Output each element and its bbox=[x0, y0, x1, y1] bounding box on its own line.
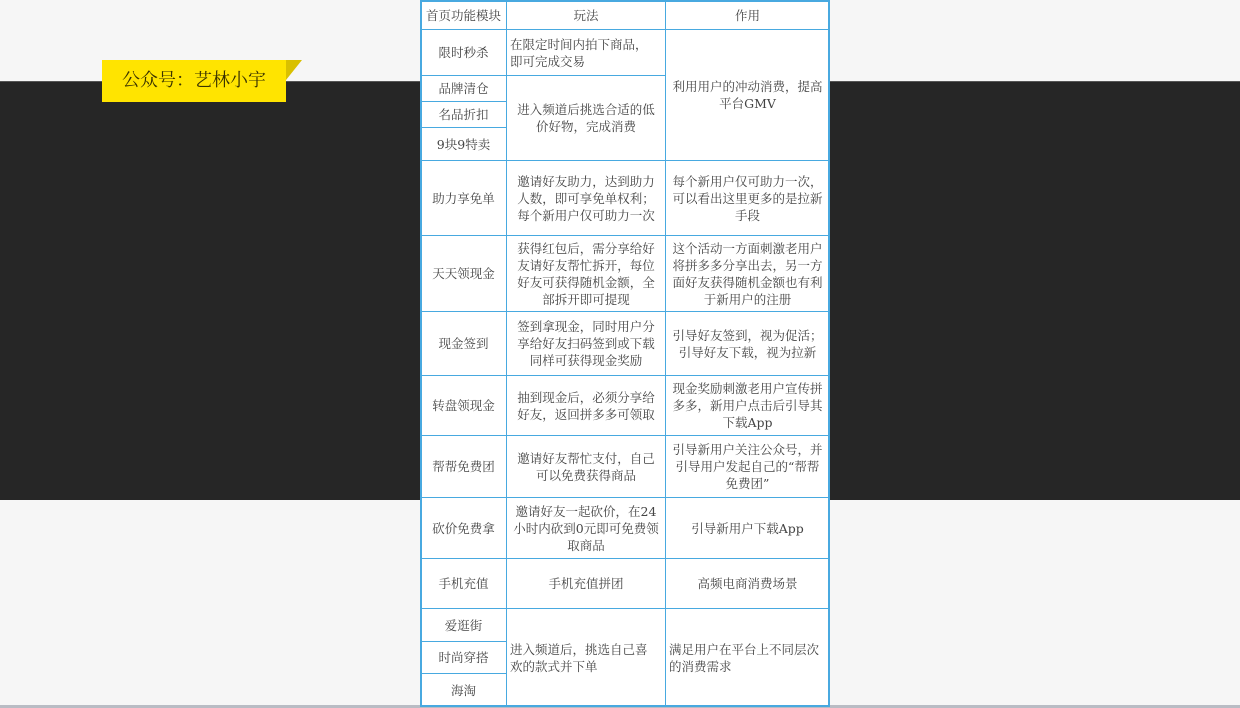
row-effect-merged: 利用用户的冲动消费，提高 平台GMV bbox=[665, 29, 830, 161]
row-module: 手机充值 bbox=[420, 558, 507, 609]
row-effect: 引导新用户关注公众号，并 引导用户发起自己的“帮帮 免费团” bbox=[665, 435, 830, 498]
row-module: 帮帮免费团 bbox=[420, 435, 507, 498]
row-play-merged: 进入频道后，挑选自己喜 欢的款式并下单 bbox=[506, 608, 666, 707]
header-effect: 作用 bbox=[665, 0, 830, 30]
row-module: 海淘 bbox=[420, 673, 507, 707]
row-effect: 引导好友签到，视为促活； 引导好友下载，视为拉新 bbox=[665, 311, 830, 376]
row-module: 砍价免费拿 bbox=[420, 497, 507, 559]
row-module: 9块9特卖 bbox=[420, 127, 507, 161]
row-effect: 现金奖励刺激老用户宣传拼 多多，新用户点击后引导其 下载App bbox=[665, 375, 830, 436]
row-play: 邀请好友助力，达到助力 人数，即可享免单权利； 每个新用户仅可助力一次 bbox=[506, 160, 666, 236]
feature-module-table: 首页功能模块 玩法 作用 限时秒杀 在限定时间内拍下商品， 即可完成交易 利用用… bbox=[420, 0, 830, 707]
row-module: 限时秒杀 bbox=[420, 29, 507, 76]
row-effect: 引导新用户下载App bbox=[665, 497, 830, 559]
row-module: 天天领现金 bbox=[420, 235, 507, 312]
row-play: 手机充值拼团 bbox=[506, 558, 666, 609]
row-play: 邀请好友一起砍价，在24 小时内砍到0元即可免费领 取商品 bbox=[506, 497, 666, 559]
row-module: 时尚穿搭 bbox=[420, 641, 507, 674]
row-module: 转盘领现金 bbox=[420, 375, 507, 436]
row-effect: 这个活动一方面刺激老用户 将拼多多分享出去，另一方 面好友获得随机金额也有利 于… bbox=[665, 235, 830, 312]
row-module: 爱逛街 bbox=[420, 608, 507, 642]
row-play: 签到拿现金，同时用户分 享给好友扫码签到或下载 同样可获得现金奖励 bbox=[506, 311, 666, 376]
row-module: 名品折扣 bbox=[420, 101, 507, 128]
badge-fold-corner bbox=[286, 60, 302, 80]
row-effect: 高频电商消费场景 bbox=[665, 558, 830, 609]
row-play: 获得红包后，需分享给好 友请好友帮忙拆开，每位 好友可获得随机金额，全 部拆开即… bbox=[506, 235, 666, 312]
row-play: 抽到现金后，必须分享给 好友，返回拼多多可领取 bbox=[506, 375, 666, 436]
header-play: 玩法 bbox=[506, 0, 666, 30]
row-module: 助力享免单 bbox=[420, 160, 507, 236]
row-module: 品牌清仓 bbox=[420, 75, 507, 102]
header-module: 首页功能模块 bbox=[420, 0, 507, 30]
row-play-merged: 进入频道后挑选合适的低 价好物，完成消费 bbox=[506, 75, 666, 161]
row-effect-merged: 满足用户在平台上不同层次 的消费需求 bbox=[665, 608, 830, 707]
row-play: 邀请好友帮忙支付，自己 可以免费获得商品 bbox=[506, 435, 666, 498]
row-module: 现金签到 bbox=[420, 311, 507, 376]
wechat-account-badge: 公众号：艺林小宇 bbox=[102, 60, 286, 102]
row-play: 在限定时间内拍下商品， 即可完成交易 bbox=[506, 29, 666, 76]
row-effect: 每个新用户仅可助力一次， 可以看出这里更多的是拉新 手段 bbox=[665, 160, 830, 236]
